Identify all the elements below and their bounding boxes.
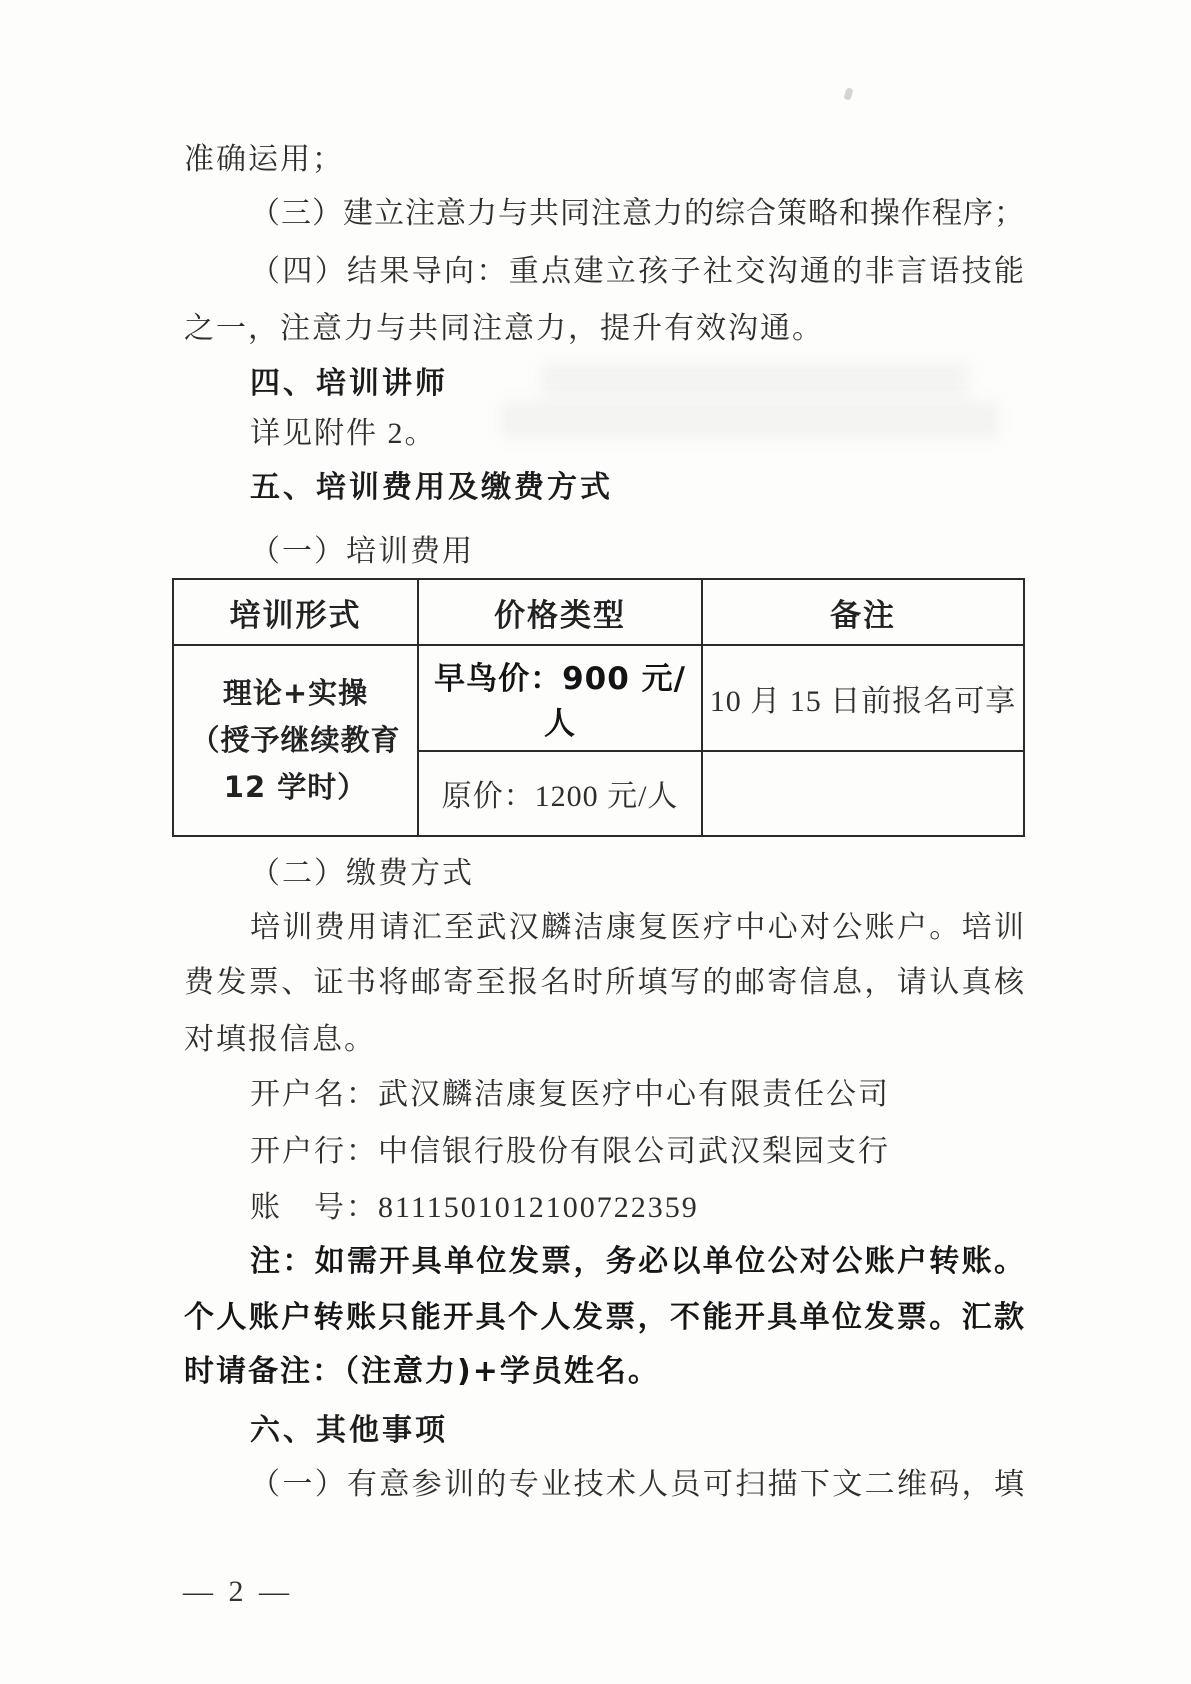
subsection-5-1-heading: （一）培训费用 bbox=[250, 532, 474, 572]
list-item-4-line1: （四）结果导向：重点建立孩子社交沟通的非言语技能 bbox=[250, 252, 1024, 292]
scan-bleed-artifact bbox=[500, 400, 1000, 440]
payment-paragraph-line1: 培训费用请汇至武汉麟洁康复医疗中心对公账户。培训 bbox=[250, 908, 1024, 948]
list-item-3: （三）建立注意力与共同注意力的综合策略和操作程序； bbox=[250, 194, 1024, 234]
fee-table: 培训形式 价格类型 备注 理论+实操 （授予继续教育 12 学时） 早鸟价：90… bbox=[172, 578, 1025, 837]
fee-table-header-row: 培训形式 价格类型 备注 bbox=[173, 579, 1024, 645]
page-number: — 2 — bbox=[183, 1575, 293, 1609]
form-line-3: 12 学时） bbox=[174, 764, 417, 811]
section-5-heading: 五、培训费用及缴费方式 bbox=[250, 468, 613, 508]
fee-table-cell-form: 理论+实操 （授予继续教育 12 学时） bbox=[173, 645, 418, 836]
fee-table-header-form: 培训形式 bbox=[173, 579, 418, 645]
note-line3: 时请备注：（注意力)+学员姓名。 bbox=[184, 1352, 660, 1392]
form-line-2: （授予继续教育 bbox=[174, 717, 417, 764]
note-line2: 个人账户转账只能开具个人发票，不能开具单位发票。汇款 bbox=[184, 1298, 1024, 1338]
fee-table-header-remark: 备注 bbox=[702, 579, 1024, 645]
fee-table-cell-original-price: 原价：1200 元/人 bbox=[418, 751, 702, 836]
subsection-5-2-heading: （二）缴费方式 bbox=[250, 854, 474, 894]
fee-table-header-price-type: 价格类型 bbox=[418, 579, 702, 645]
fee-table-cell-remark: 10 月 15 日前报名可享 bbox=[702, 645, 1024, 751]
paragraph-continuation: 准确运用； bbox=[184, 140, 344, 180]
note-line1: 注：如需开具单位发票，务必以单位公对公账户转账。 bbox=[250, 1242, 1024, 1282]
section-4-heading: 四、培训讲师 bbox=[250, 364, 448, 404]
payment-paragraph-line2: 费发票、证书将邮寄至报名时所填写的邮寄信息，请认真核 bbox=[184, 963, 1024, 1003]
fee-table-cell-early-bird-price: 早鸟价：900 元/人 bbox=[418, 645, 702, 751]
fee-table-cell-remark-empty bbox=[702, 751, 1024, 836]
section-6-heading: 六、其他事项 bbox=[250, 1411, 448, 1451]
fee-table-row-early-bird: 理论+实操 （授予继续教育 12 学时） 早鸟价：900 元/人 10 月 15… bbox=[173, 645, 1024, 751]
list-item-4-line2: 之一，注意力与共同注意力，提升有效沟通。 bbox=[184, 309, 824, 349]
scan-bleed-artifact bbox=[540, 362, 970, 396]
form-line-1: 理论+实操 bbox=[174, 670, 417, 717]
payment-paragraph-line3: 对填报信息。 bbox=[184, 1020, 376, 1060]
document-page: 准确运用； （三）建立注意力与共同注意力的综合策略和操作程序； （四）结果导向：… bbox=[0, 0, 1191, 1684]
scan-speck bbox=[843, 87, 853, 101]
account-number: 账 号：8111501012100722359 bbox=[250, 1188, 699, 1228]
section-4-body: 详见附件 2。 bbox=[250, 414, 437, 454]
account-name: 开户名：武汉麟洁康复医疗中心有限责任公司 bbox=[250, 1075, 890, 1115]
subsection-6-1-line1: （一）有意参训的专业技术人员可扫描下文二维码，填 bbox=[250, 1465, 1024, 1505]
account-bank: 开户行：中信银行股份有限公司武汉梨园支行 bbox=[250, 1132, 890, 1172]
